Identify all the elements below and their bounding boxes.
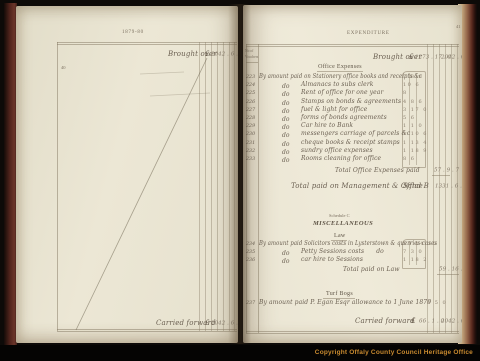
row-description: Stamps on bonds & agreements bbox=[301, 99, 401, 105]
brought-over-amount-col2: 2042 . 6 . 3 bbox=[441, 54, 462, 60]
office-total-label: Total Office Expenses paid bbox=[335, 168, 420, 175]
ledger-scan: 40 1879-80 Brought over £ 2042 . 6 . 3 C… bbox=[0, 0, 480, 361]
table-row: 233 do Rooms cleaning for office 8 6 bbox=[243, 156, 462, 165]
ditto-mark: do bbox=[282, 250, 289, 257]
ditto-mark: do bbox=[282, 83, 289, 90]
total-underline bbox=[432, 175, 450, 176]
row-amount: 1 18 2 bbox=[403, 257, 428, 263]
table-row: 237 By amount paid P. Egan Esqr allowanc… bbox=[243, 300, 462, 309]
ditto-mark: do bbox=[282, 124, 289, 131]
row-amount: 6 5 0 bbox=[427, 300, 447, 306]
row-description: By amount paid on Stationery office book… bbox=[259, 74, 422, 80]
row-amount: 8 bbox=[403, 90, 408, 96]
row-amount: 1 10 6 bbox=[403, 131, 428, 137]
ditto-mark: do bbox=[282, 108, 289, 115]
currency-symbol: £ bbox=[205, 51, 210, 59]
currency-symbol: £ bbox=[205, 320, 210, 328]
section-title-miscellaneous: MISCELLANEOUS bbox=[313, 220, 373, 227]
schedule-ref: Schd B bbox=[403, 183, 429, 191]
row-amount: 7 3 0 bbox=[403, 249, 423, 255]
row-description: Rooms cleaning for office bbox=[301, 156, 381, 162]
binding-gutter-shadow bbox=[228, 4, 251, 344]
copyright-bar: Copyright Offaly County Council Heritage… bbox=[0, 345, 480, 361]
carried-forward-amount-col2: 2042 . 6 . 3 bbox=[441, 318, 462, 324]
ditto-mark: do bbox=[282, 116, 289, 123]
row-amount: 1 13 4 bbox=[403, 140, 428, 146]
row-amount: 3 17 0 bbox=[403, 107, 428, 113]
row-description: Almanacs to subs clerk bbox=[301, 82, 374, 88]
law-total-amount: 59 . 16 . 0 bbox=[439, 266, 462, 272]
section-title-law: Law bbox=[334, 233, 346, 239]
ditto-mark: do bbox=[282, 132, 289, 139]
page-number: 41 bbox=[456, 24, 461, 29]
row-amount: 8 6 bbox=[403, 156, 415, 162]
row-amount: 10 6 bbox=[403, 82, 420, 88]
title-underline bbox=[317, 71, 363, 72]
row-amount: 1 1 0 bbox=[403, 123, 423, 129]
row-description: By amount paid P. Egan Esqr allowance to… bbox=[259, 300, 431, 306]
table-row: 236 do car hire to Sessions 1 18 2 bbox=[243, 257, 462, 266]
copyright-text: Copyright Offaly County Council Heritage… bbox=[315, 349, 473, 356]
row-description: fuel & light for office bbox=[301, 107, 367, 113]
right-page: 41 EXPENDITURE No of Vouchers Brought ov… bbox=[243, 5, 462, 343]
management-total-amount: 1331 . 6 . 7 bbox=[435, 183, 462, 189]
schedule-label: Schedule C bbox=[329, 213, 350, 218]
page-year-header: EXPENDITURE bbox=[347, 30, 390, 36]
carried-forward-label: Carried forward bbox=[355, 318, 415, 326]
ditto-mark: do bbox=[282, 100, 289, 107]
row-description: forms of bonds agreements bbox=[301, 115, 387, 121]
row-description: sundry office expenses bbox=[301, 148, 373, 154]
section-title-turf-bogs: Turf Bogs bbox=[326, 291, 353, 297]
row-description: car hire to Sessions bbox=[301, 257, 363, 263]
row-description: cheque books & receipt stamps bbox=[301, 140, 400, 146]
ditto-mark: do bbox=[282, 141, 289, 148]
office-total-amount: 57 . 9 . 7 bbox=[434, 167, 459, 173]
currency-symbol: £ bbox=[409, 54, 414, 62]
ditto-mark: do bbox=[282, 91, 289, 98]
ditto-mark: do bbox=[282, 157, 289, 164]
ditto-mark: do bbox=[282, 149, 289, 156]
row-description: Car hire to Bank bbox=[301, 123, 353, 129]
ditto-mark: do bbox=[282, 258, 289, 265]
row-amount: 5 6 bbox=[403, 115, 415, 121]
row-description: messengers carriage of parcels &c bbox=[301, 131, 410, 137]
section-title-office-expenses: Office Expenses bbox=[270, 64, 410, 70]
row-amount: 50 14 10 bbox=[403, 241, 437, 247]
row-amount: 4 8 6 bbox=[403, 99, 423, 105]
left-page: 40 1879-80 Brought over £ 2042 . 6 . 3 C… bbox=[16, 6, 238, 343]
row-amount: 7 8 6 bbox=[403, 74, 423, 80]
row-amount: 1 18 9 bbox=[403, 148, 428, 154]
rule-line bbox=[246, 333, 459, 334]
law-total-label: Total paid on Law bbox=[343, 267, 400, 274]
currency-symbol: £ bbox=[411, 318, 416, 326]
row-description: Rent of office for one year bbox=[301, 90, 383, 96]
row-description: Petty Sessions costs do bbox=[301, 249, 384, 255]
total-underline bbox=[437, 274, 459, 275]
